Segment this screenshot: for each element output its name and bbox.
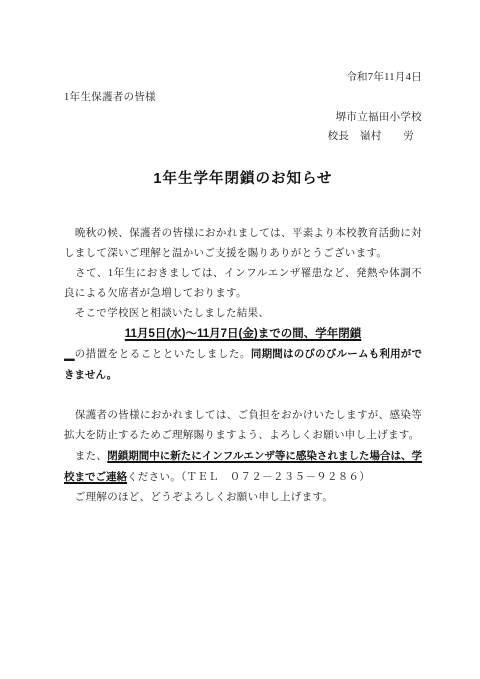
contact-prefix-text: また、 <box>64 451 107 462</box>
paragraph-contact: また、閉鎖期間中に新たにインフルエンザ等に感染されました場合は、学校までご連絡く… <box>64 446 422 488</box>
paragraph-measure: ＿の措置をとることといたしました。同期間はのびのびルームも利用ができません。 <box>64 344 422 386</box>
paragraph-closing: ご理解のほど、どうぞよろしくお願い申し上げます。 <box>64 488 422 508</box>
paragraph-situation: さて、1年生におきましては、インフルエンザ罹患など、発熱や体調不良による欠席者が… <box>64 264 422 304</box>
measure-normal-text: の措置をとることといたしました。 <box>75 349 251 360</box>
underline-continuation-mark: ＿ <box>64 349 75 360</box>
paragraph-request: 保護者の皆様におかれましては、ご負担をおかけいたしますが、感染等拡大を防止するた… <box>64 406 422 446</box>
letter-page: 令和7年11月4日 1年生保護者の皆様 堺市立福田小学校 校長 嶺村 労 1年生… <box>0 0 480 679</box>
document-title: 1年生学年閉鎖のお知らせ <box>64 168 422 190</box>
closure-period-text: 11月5日(水)～11月7日(金)までの間、学年閉鎖 <box>125 328 361 340</box>
school-name: 堺市立福田小学校 <box>64 108 422 127</box>
document-body: 晩秋の候、保護者の皆様におかれましては、平素より本校教育活動に対しまして深いご理… <box>64 224 422 508</box>
paragraph-greeting: 晩秋の候、保護者の皆様におかれましては、平素より本校教育活動に対しまして深いご理… <box>64 224 422 264</box>
closure-period-line: 11月5日(水)～11月7日(金)までの間、学年閉鎖 <box>64 324 422 344</box>
paragraph-consultation: そこで学校医と相談いたしました結果、 <box>64 304 422 324</box>
recipient-line: 1年生保護者の皆様 <box>64 88 422 108</box>
contact-suffix-text: ください。（ＴＥＬ ０７２－２３５－９２８６） <box>127 472 370 483</box>
principal-name: 校長 嶺村 労 <box>64 127 422 146</box>
sender-block: 堺市立福田小学校 校長 嶺村 労 <box>64 108 422 146</box>
document-date: 令和7年11月4日 <box>64 68 422 88</box>
